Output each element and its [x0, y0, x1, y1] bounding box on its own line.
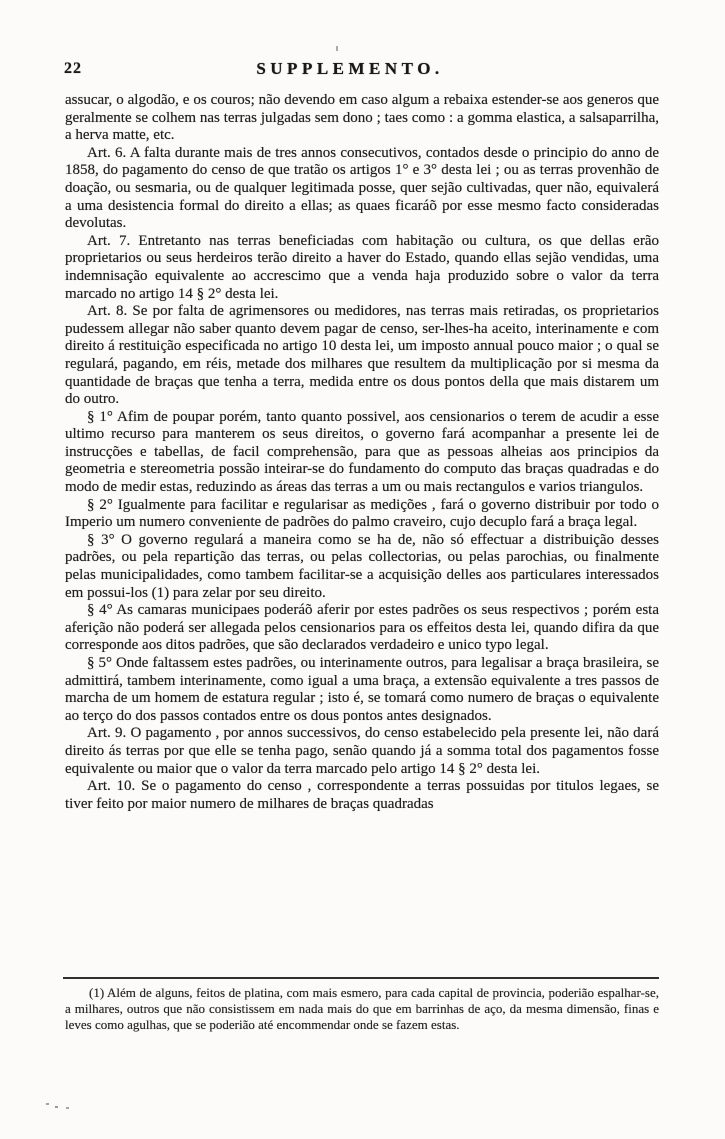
document-page: 22 SUPPLEMENTO. assucar, o algodão, e os…: [0, 0, 725, 1139]
paragraph-section-3: § 3° O governo regulará a maneira como s…: [65, 532, 659, 602]
paragraph-art-6: Art. 6. A falta durante mais de tres ann…: [65, 145, 659, 233]
paragraph-section-4: § 4° As camaras municipaes poderáõ aferi…: [65, 602, 659, 655]
scan-artifact-speck: [336, 46, 338, 51]
paragraph-art-10: Art. 10. Se o pagamento do censo , corre…: [65, 778, 659, 813]
paragraph-art-8: Art. 8. Se por falta de agrimensores ou …: [65, 303, 659, 409]
scan-artifact-specks: [46, 1103, 49, 1105]
paragraph-section-2: § 2° Igualmente para facilitar e regular…: [65, 497, 659, 532]
footnote-text: (1) Além de alguns, feitos de platina, c…: [65, 985, 659, 1034]
page-header-title: SUPPLEMENTO.: [0, 59, 700, 79]
paragraph-art-9: Art. 9. O pagamento , por annos successi…: [65, 725, 659, 778]
paragraph-art-7: Art. 7. Entretanto nas terras beneficiad…: [65, 233, 659, 303]
paragraph-continuation: assucar, o algodão, e os couros; não dev…: [65, 92, 659, 145]
paragraph-section-1: § 1° Afim de poupar porém, tanto quanto …: [65, 409, 659, 497]
body-text: assucar, o algodão, e os couros; não dev…: [65, 92, 659, 813]
footnote: (1) Além de alguns, feitos de platina, c…: [65, 985, 659, 1034]
footnote-divider: [63, 977, 659, 979]
paragraph-section-5: § 5° Onde faltassem estes padrões, ou in…: [65, 655, 659, 725]
